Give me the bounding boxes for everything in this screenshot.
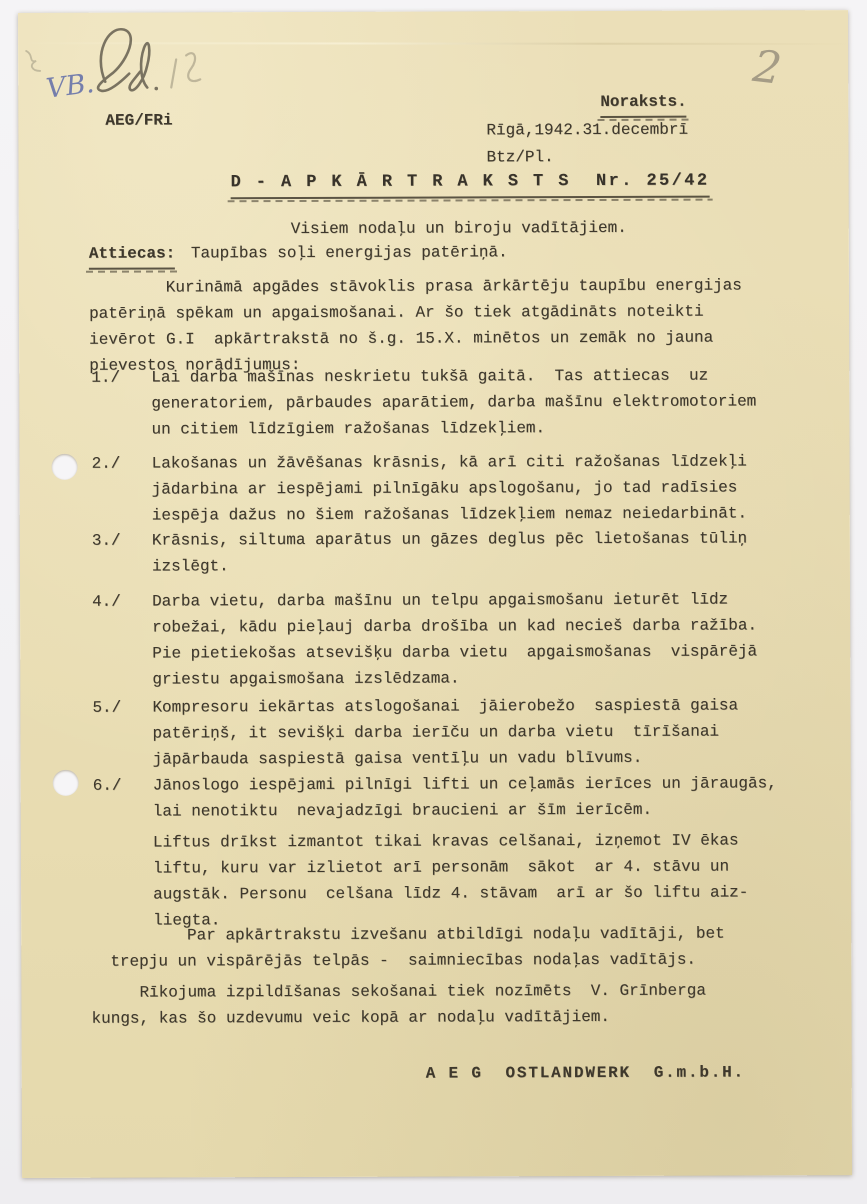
lifts-paragraph: Liftus drīkst izmantot tikai kravas celš… xyxy=(153,827,813,933)
sender-reference: AEG/FRi xyxy=(105,107,172,133)
item-number: 5./ xyxy=(92,695,152,773)
place-date: Rīgā,1942.31.decembrī xyxy=(486,117,688,144)
copy-label: Noraksts. xyxy=(600,89,687,118)
subject-label: Attiecas: xyxy=(89,240,176,269)
list-item-4: 4./ Darba vietu, darba mašīnu un telpu a… xyxy=(92,586,792,692)
item-text: Kompresoru iekārtas atslogošanai jāierob… xyxy=(152,692,792,772)
scanned-document-page: VB. 2 AEG/FRi Noraksts. Rīgā,1942.31.dec… xyxy=(18,10,852,1178)
addressee-line: Visiem nodaļu un biroju vadītājiem. xyxy=(291,215,627,242)
item-text: Lai darba mašīnas neskrietu tukšā gaitā.… xyxy=(151,362,791,442)
list-item-1: 1./ Lai darba mašīnas neskrietu tukšā ga… xyxy=(91,362,791,442)
list-item-6: 6./ Jānoslogo iespējami pilnīgi lifti un… xyxy=(93,770,793,824)
list-item-3: 3./ Krāsnis, siltuma aparātus un gāzes d… xyxy=(92,525,792,579)
item-text: Darba vietu, darba mašīnu un telpu apgai… xyxy=(152,586,792,692)
item-number: 1./ xyxy=(91,365,151,443)
responsibility-paragraph: Par apkārtrakstu izvešanu atbildīgi noda… xyxy=(110,920,810,974)
item-number: 4./ xyxy=(92,589,152,693)
subject-label-text: Attiecas: xyxy=(89,240,176,269)
document-title-text: D - A P K Ā R T R A K S T S Nr. 25/42 xyxy=(231,169,710,200)
item-text: Krāsnis, siltuma aparātus un gāzes deglu… xyxy=(152,525,792,579)
document-title: D - A P K Ā R T R A K S T S Nr. 25/42 xyxy=(231,169,710,200)
item-number: 6./ xyxy=(93,773,153,825)
pencil-monogram-scribble xyxy=(80,19,220,99)
clerk-initials: Btz/Pl. xyxy=(486,144,553,170)
list-item-2: 2./ Lakošanas un žāvēšanas krāsnis, kā a… xyxy=(92,448,792,528)
item-text: Lakošanas un žāvēšanas krāsnis, kā arī c… xyxy=(152,448,792,528)
punch-hole-bottom xyxy=(53,770,79,796)
ink-initials: VB. xyxy=(45,68,96,105)
item-text: Jānoslogo iespējami pilnīgi lifti un ceļ… xyxy=(153,770,793,824)
item-number: 2./ xyxy=(92,451,152,529)
copy-label-text: Noraksts. xyxy=(600,89,687,118)
supervision-paragraph: Rīkojuma izpildīšanas sekošanai tiek noz… xyxy=(91,977,811,1032)
pencil-page-number: 2 xyxy=(750,41,784,95)
punch-hole-top xyxy=(52,454,78,480)
item-number: 3./ xyxy=(92,528,152,580)
company-signature: A E G OSTLANDWERK G.m.b.H. xyxy=(426,1059,745,1086)
pencil-edge-mark xyxy=(20,45,50,75)
subject-line: Taupības soļi energijas patēriņā. xyxy=(191,239,508,266)
list-item-5: 5./ Kompresoru iekārtas atslogošanai jāi… xyxy=(92,692,792,772)
